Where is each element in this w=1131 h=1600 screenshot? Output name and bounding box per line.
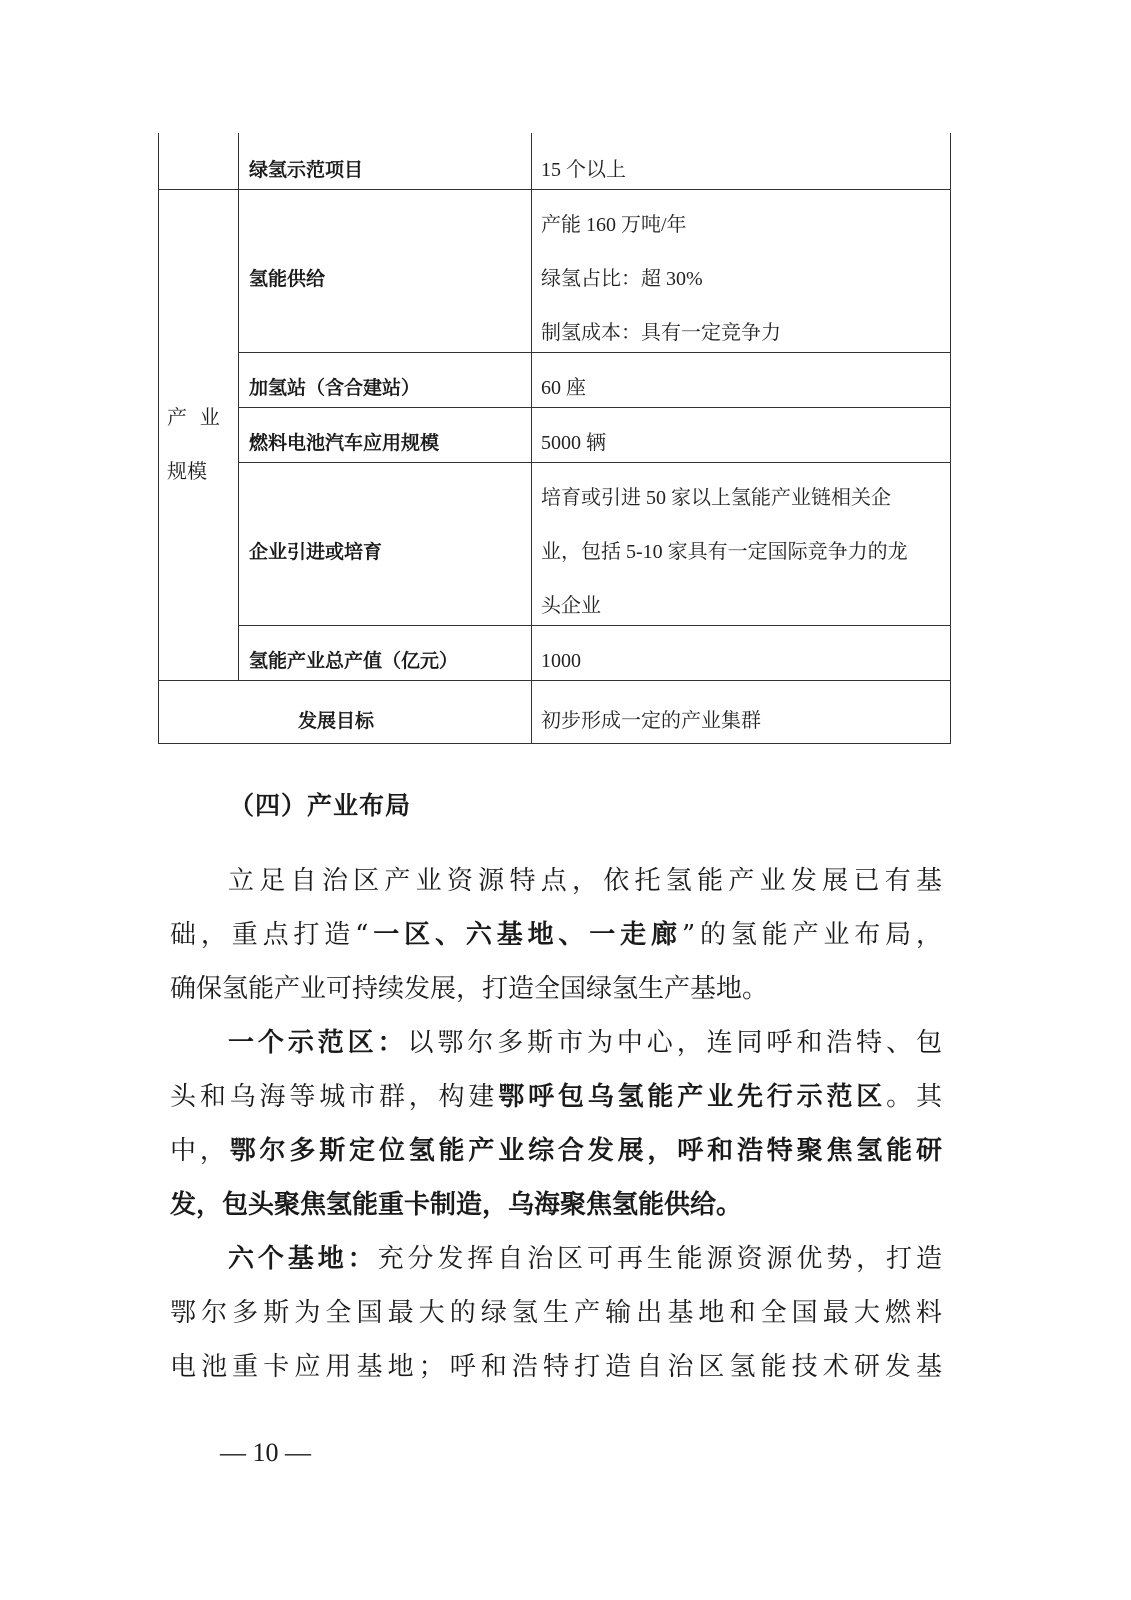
row-value-green-share: 绿氢占比：超 30%	[541, 269, 703, 289]
row-value-enterprises-line2: 业，包括 5-10 家具有一定国际竞争力的龙	[541, 542, 908, 562]
text-run: 头和乌海等城市群，构建	[170, 1082, 498, 1112]
row-label-total-output: 氢能产业总产值（亿元）	[249, 651, 458, 671]
table-border-right	[950, 133, 951, 744]
table-rule	[238, 625, 951, 626]
text-line: 础，重点打造“一区、六基地、一走廊”的氢能产业布局，	[170, 908, 942, 962]
row-value-fuel-cell-vehicles: 5000 辆	[541, 433, 606, 453]
text-run: 以鄂尔多斯市为中心，连同呼和浩特、包	[407, 1028, 942, 1058]
emphasis-text: 鄂呼包乌氢能产业先行示范区	[498, 1082, 886, 1112]
row-value-enterprises-line1: 培育或引进 50 家以上氢能产业链相关企	[541, 488, 891, 508]
table-rule	[238, 352, 951, 353]
text-line: 电池重卡应用基地；呼和浩特打造自治区氢能技术研发基	[170, 1340, 942, 1394]
text-line: 中，鄂尔多斯定位氢能产业综合发展，呼和浩特聚焦氢能研	[170, 1124, 942, 1178]
paragraph-demo-zone: 一个示范区：以鄂尔多斯市为中心，连同呼和浩特、包 头和乌海等城市群，构建鄂呼包乌…	[170, 1016, 942, 1232]
row-label-enterprises: 企业引进或培育	[249, 542, 382, 562]
emphasis-text: 一区、六基地、一走廊	[368, 920, 681, 950]
table-border-bottom	[158, 743, 951, 744]
text-run: 中，	[170, 1136, 230, 1166]
row-value-capacity: 产能 160 万吨/年	[541, 215, 687, 235]
text-run: 础，重点打造“	[170, 920, 368, 950]
row-label-refueling-stations: 加氢站（含合建站）	[249, 378, 420, 398]
row-value-green-hydrogen-demo: 15 个以上	[541, 160, 626, 180]
row-label-fuel-cell-vehicles: 燃料电池汽车应用规模	[249, 433, 439, 453]
table-rule	[158, 189, 951, 190]
text-line: 发，包头聚焦氢能重卡制造，乌海聚焦氢能供给。	[170, 1178, 942, 1232]
paragraph-six-bases: 六个基地：充分发挥自治区可再生能源资源优势，打造 鄂尔多斯为全国最大的绿氢生产输…	[170, 1232, 942, 1394]
emphasis-text: 鄂尔多斯定位氢能产业综合发展，呼和浩特聚焦氢能研	[230, 1136, 942, 1166]
table-rule	[158, 680, 951, 681]
row-value-production-cost: 制氢成本：具有一定竞争力	[541, 323, 781, 343]
row-value-enterprises-line3: 头企业	[541, 596, 601, 616]
row-label-green-hydrogen-demo: 绿氢示范项目	[249, 160, 363, 180]
table-rule	[238, 407, 951, 408]
text-run: 。其	[886, 1082, 942, 1112]
text-line: 立足自治区产业资源特点，依托氢能产业发展已有基	[170, 854, 942, 908]
row-value-refueling-stations: 60 座	[541, 378, 586, 398]
table-divider-col2	[531, 133, 532, 744]
table-rule	[238, 462, 951, 463]
paragraph-layout-intro: 立足自治区产业资源特点，依托氢能产业发展已有基 础，重点打造“一区、六基地、一走…	[170, 854, 942, 1016]
text-line: 鄂尔多斯为全国最大的绿氢生产输出基地和全国最大燃料	[170, 1286, 942, 1340]
paragraph-lead: 一个示范区：	[228, 1028, 407, 1058]
text-run: 充分发挥自治区可再生能源资源优势，打造	[378, 1244, 942, 1274]
paragraph-lead: 六个基地：	[228, 1244, 378, 1274]
row-value-total-output: 1000	[541, 651, 581, 671]
row-label-goal: 发展目标	[298, 711, 374, 731]
text-line: 一个示范区：以鄂尔多斯市为中心，连同呼和浩特、包	[170, 1016, 942, 1070]
text-run: ”的氢能产业布局，	[682, 920, 942, 950]
group-label-line1: 产 业	[167, 407, 220, 427]
text-line: 头和乌海等城市群，构建鄂呼包乌氢能产业先行示范区。其	[170, 1070, 942, 1124]
targets-table: 绿氢示范项目 15 个以上 产 业 规模 氢能供给 产能 160 万吨/年 绿氢…	[0, 0, 1131, 760]
row-label-hydrogen-supply: 氢能供给	[249, 269, 325, 289]
row-value-goal: 初步形成一定的产业集群	[541, 711, 761, 731]
text-line: 确保氢能产业可持续发展，打造全国绿氢生产基地。	[170, 962, 942, 1016]
page-number: — 10 —	[220, 1438, 311, 1468]
text-line: 六个基地：充分发挥自治区可再生能源资源优势，打造	[170, 1232, 942, 1286]
table-border-left	[158, 133, 159, 744]
group-label-line2: 规模	[167, 461, 207, 481]
section-heading: （四）产业布局	[229, 786, 411, 822]
